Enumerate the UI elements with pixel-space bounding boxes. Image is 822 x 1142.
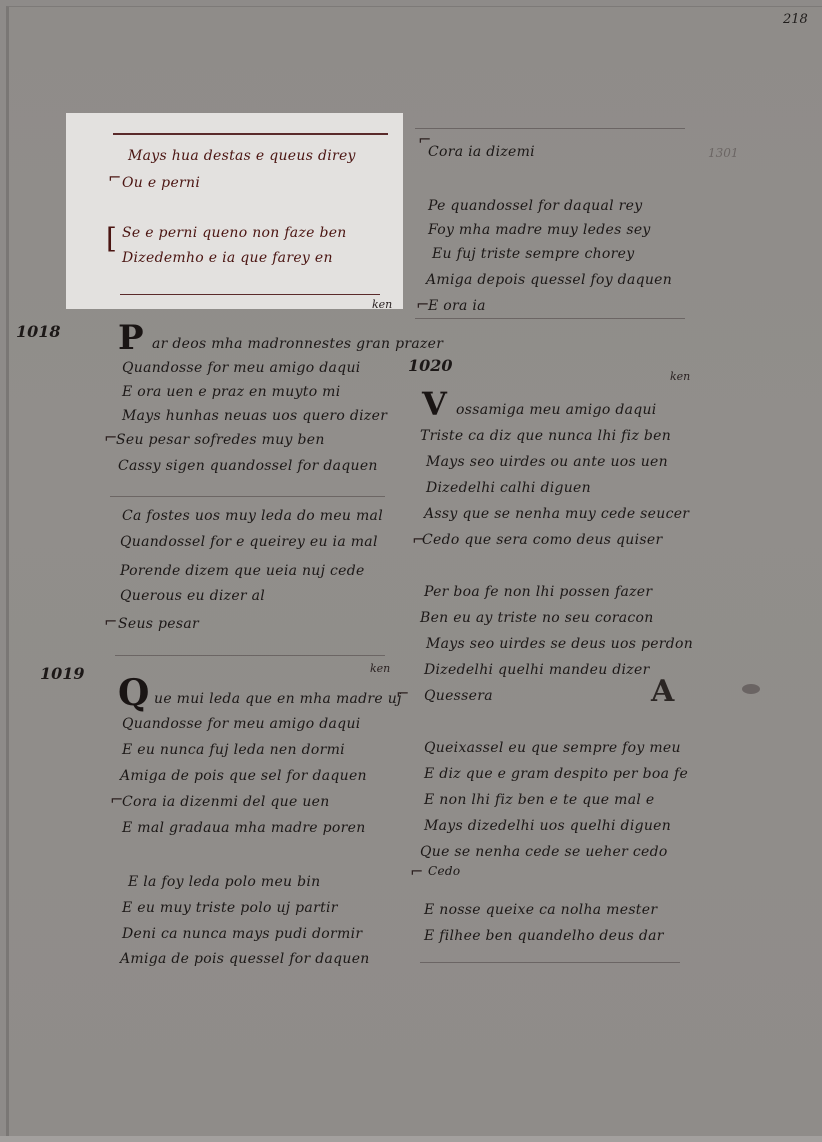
excerpt-line: Mays hua destas e queus direy <box>128 148 356 164</box>
ruling-line <box>420 962 680 963</box>
verse-line: Mays seo uirdes se deus uos perdon <box>426 636 693 652</box>
verse-line: Seus pesar <box>118 616 199 632</box>
ink-smudge <box>742 684 760 694</box>
verse-line: Dizedelhi quelhi mandeu dizer <box>424 662 650 678</box>
verse-line: Quandosse for meu amigo daqui <box>122 716 361 732</box>
verse-line: Pe quandossel for daqual rey <box>428 198 642 214</box>
verse-line: E la foy leda polo meu bin <box>128 874 320 890</box>
verse-line: Cedo que sera como deus quiser <box>422 532 662 548</box>
excerpt-line: Se e perni queno non faze ben <box>122 225 347 241</box>
verse-line: E ora uen e praz en muyto mi <box>122 384 341 400</box>
verse-line: Amiga depois quessel foy daquen <box>426 272 672 288</box>
verse-line: Eu fuj triste sempre chorey <box>432 246 634 262</box>
bracket-mark: [ <box>106 222 117 255</box>
verse-line: ossamiga meu amigo daqui <box>456 402 657 418</box>
paragraph-mark: ⌐ <box>396 684 409 703</box>
paragraph-mark: ⌐ <box>104 612 117 631</box>
poem-number: 1018 <box>16 322 61 341</box>
ruling-line <box>120 294 380 295</box>
verse-line: Quessera <box>424 688 493 704</box>
paragraph-mark: ⌐ <box>410 862 423 881</box>
verse-line: E filhee ben quandelho deus dar <box>424 928 664 944</box>
verse-line: Foy mha madre muy ledes sey <box>428 222 651 238</box>
ruling-line <box>113 133 388 135</box>
paragraph-mark: ⌐ <box>108 168 121 187</box>
verse-line: Quandosse for meu amigo daqui <box>122 360 361 376</box>
page-bottom-edge <box>0 1136 822 1142</box>
verse-line: Querous eu dizer al <box>120 588 265 604</box>
margin-note: ken <box>370 662 390 675</box>
folio-number: 218 <box>783 12 808 27</box>
verse-line: Deni ca nunca mays pudi dormir <box>122 926 362 942</box>
decorated-initial: Q <box>118 672 149 714</box>
poem-number: 1019 <box>40 664 85 683</box>
decorated-initial: V <box>422 385 447 423</box>
poem-number: 1020 <box>408 356 453 375</box>
verse-line: ar deos mha madronnestes gran prazer <box>152 336 443 352</box>
verse-line: E eu nunca fuj leda nen dormi <box>122 742 345 758</box>
verse-line: Ca fostes uos muy leda do meu mal <box>122 508 383 524</box>
ruling-line <box>110 496 385 497</box>
catchword-letter: A <box>651 674 674 709</box>
faint-margin-note: 1301 <box>708 146 739 160</box>
verse-line: Que se nenha cede se ueher cedo <box>420 844 668 860</box>
verse-line: Cora ia dizenmi del que uen <box>122 794 330 810</box>
verse-line: Quandossel for e queirey eu ia mal <box>120 534 378 550</box>
verse-line: Ben eu ay triste no seu coracon <box>420 610 654 626</box>
ruling-line <box>415 318 685 319</box>
margin-note: ken <box>670 370 690 383</box>
verse-line: E nosse queixe ca nolha mester <box>424 902 657 918</box>
decorated-initial: P <box>118 318 144 358</box>
verse-line: Mays seo uirdes ou ante uos uen <box>426 454 668 470</box>
verse-line: Mays dizedelhi uos quelhi diguen <box>424 818 671 834</box>
verse-line: Amiga de pois quessel for daquen <box>120 951 370 967</box>
verse-line: Dizedelhi calhi diguen <box>426 480 591 496</box>
verse-line: Amiga de pois que sel for daquen <box>120 768 367 784</box>
verse-line: Porende dizem que ueia nuj cede <box>120 563 365 579</box>
verse-line: Seu pesar sofredes muy ben <box>116 432 325 448</box>
verse-line: ue mui leda que en mha madre uj <box>154 691 402 707</box>
ruling-line <box>415 128 685 129</box>
ruling-line <box>115 655 385 656</box>
highlighted-excerpt <box>66 113 403 309</box>
excerpt-line: Ou e perni <box>122 175 200 191</box>
verse-line: Cora ia dizemi <box>428 144 535 160</box>
verse-line: E diz que e gram despito per boa fe <box>424 766 688 782</box>
margin-note: ken <box>372 298 392 311</box>
verse-line: Cedo <box>428 864 460 878</box>
verse-line: E ora ia <box>428 298 486 314</box>
verse-line: Queixassel eu que sempre foy meu <box>424 740 681 756</box>
verse-line: Assy que se nenha muy cede seucer <box>424 506 689 522</box>
verse-line: E mal gradaua mha madre poren <box>122 820 366 836</box>
verse-line: E eu muy triste polo uj partir <box>122 900 338 916</box>
verse-line: Mays hunhas neuas uos quero dizer <box>122 408 387 424</box>
verse-line: Triste ca diz que nunca lhi fiz ben <box>420 428 671 444</box>
verse-line: E non lhi fiz ben e te que mal e <box>424 792 654 808</box>
excerpt-line: Dizedemho e ia que farey en <box>122 250 333 266</box>
verse-line: Per boa fe non lhi possen fazer <box>424 584 652 600</box>
verse-line: Cassy sigen quandossel for daquen <box>118 458 378 474</box>
